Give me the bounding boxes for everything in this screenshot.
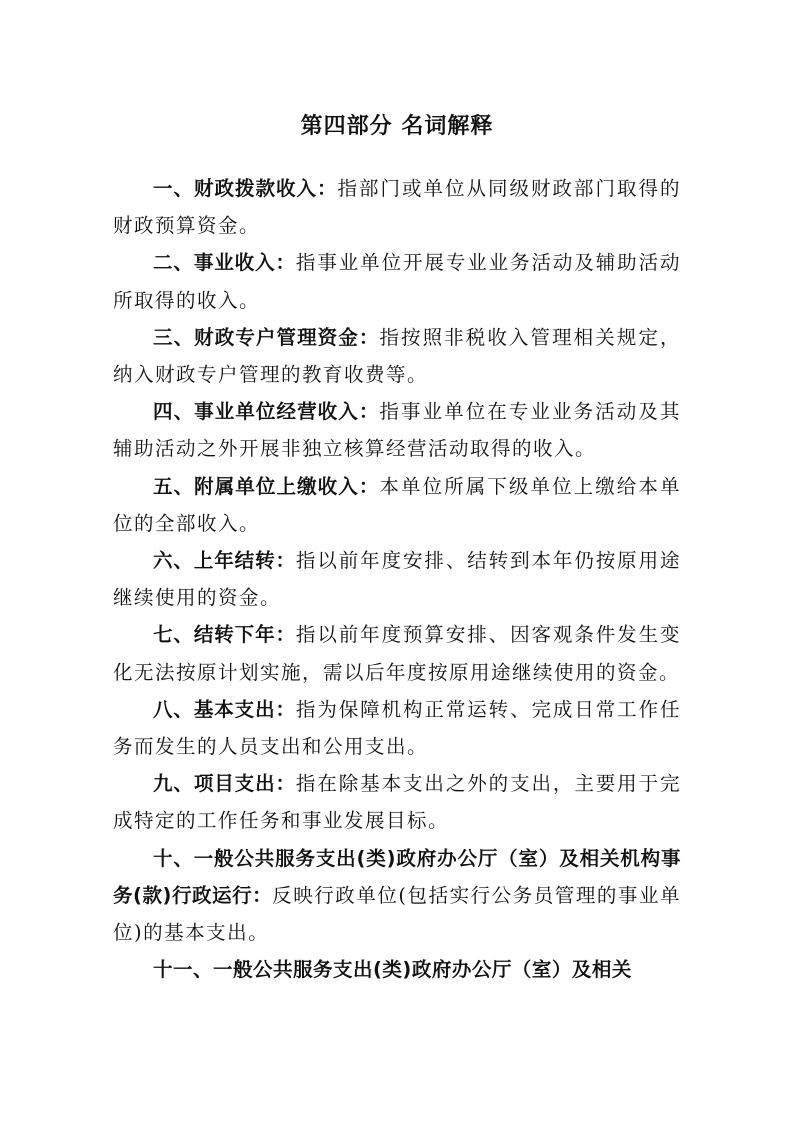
glossary-entry-8: 八、基本支出：指为保障机构正常运转、完成日常工作任务而发生的人员支出和公用支出。 (113, 691, 681, 765)
glossary-entry-1: 一、财政拨款收入：指部门或单位从同级财政部门取得的财政预算资金。 (113, 170, 681, 244)
term-label: 五、附属单位上缴收入： (153, 475, 379, 498)
term-label: 九、项目支出： (153, 772, 296, 795)
glossary-entry-4: 四、事业单位经营收入：指事业单位在专业业务活动及其辅助活动之外开展非独立核算经营… (113, 393, 681, 467)
glossary-entry-3: 三、财政专户管理资金：指按照非税收入管理相关规定，纳入财政专户管理的教育收费等。 (113, 319, 681, 393)
glossary-entry-11: 十一、一般公共服务支出(类)政府办公厅（室）及相关 (113, 951, 681, 988)
glossary-entry-6: 六、上年结转：指以前年度安排、结转到本年仍按原用途继续使用的资金。 (113, 542, 681, 616)
glossary-entry-5: 五、附属单位上缴收入：本单位所属下级单位上缴给本单位的全部收入。 (113, 468, 681, 542)
glossary-entry-9: 九、项目支出：指在除基本支出之外的支出，主要用于完成特定的工作任务和事业发展目标… (113, 765, 681, 839)
term-label: 三、财政专户管理资金： (153, 326, 379, 349)
page-title: 第四部分 名词解释 (113, 110, 681, 144)
glossary-entry-7: 七、结转下年：指以前年度预算安排、因客观条件发生变化无法按原计划实施，需以后年度… (113, 616, 681, 690)
term-label: 一、财政拨款收入： (153, 177, 338, 200)
term-label: 二、事业收入： (153, 251, 296, 274)
term-label: 七、结转下年： (153, 623, 296, 646)
term-label: 八、基本支出： (153, 698, 296, 721)
term-label: 十一、一般公共服务支出(类)政府办公厅（室）及相关 (153, 958, 632, 981)
glossary-entry-2: 二、事业收入：指事业单位开展专业业务活动及辅助活动所取得的收入。 (113, 244, 681, 318)
term-label: 四、事业单位经营收入： (153, 400, 379, 423)
glossary-entry-10: 十、一般公共服务支出(类)政府办公厅（室）及相关机构事务(款)行政运行：反映行政… (113, 840, 681, 952)
term-label: 六、上年结转： (153, 549, 296, 572)
glossary-list: 一、财政拨款收入：指部门或单位从同级财政部门取得的财政预算资金。 二、事业收入：… (113, 170, 681, 988)
